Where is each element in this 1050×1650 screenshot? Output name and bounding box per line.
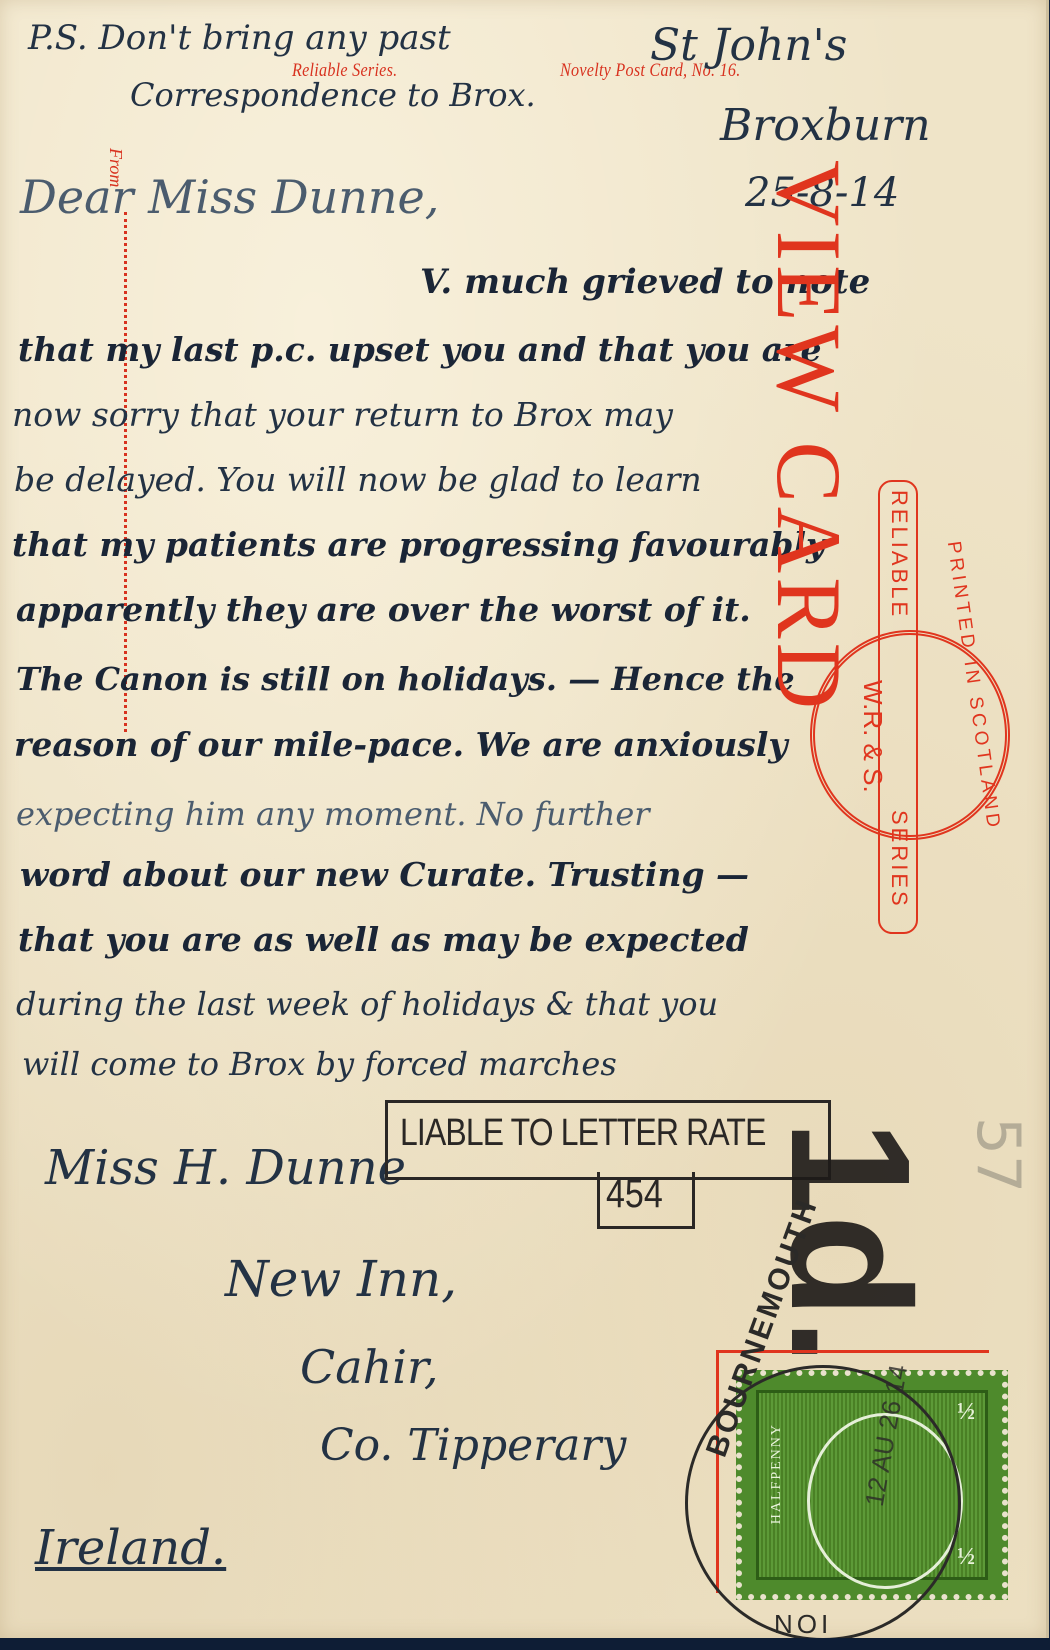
address-line-3: Co. Tipperary <box>320 1420 626 1471</box>
postscript-line-1: P.S. Don't bring any past <box>28 18 451 58</box>
pencil-mark: 57 <box>963 1117 1033 1193</box>
body-line: word about our new Curate. Trusting — <box>20 855 749 894</box>
publisher-emblem: RELIABLE SERIES W.R. & S. PRINTED IN SCO… <box>790 470 1030 940</box>
emblem-ribbon-top: RELIABLE <box>886 490 912 619</box>
postcard-back: Reliable Series. Novelty Post Card, No. … <box>0 0 1049 1642</box>
liable-number: 454 <box>606 1172 663 1217</box>
address-name: Miss H. Dunne <box>45 1140 406 1196</box>
stamp-value-bottom: ½ <box>957 1544 975 1571</box>
salutation: Dear Miss Dunne, <box>20 170 439 224</box>
body-line: be delayed. You will now be glad to lear… <box>14 460 702 499</box>
address-country: Ireland. <box>35 1520 226 1576</box>
body-line: apparently they are over the worst of it… <box>16 590 751 629</box>
sender-place-1: St John's <box>650 20 847 71</box>
body-line: that my patients are progressing favoura… <box>12 525 825 564</box>
address-line-2: Cahir, <box>300 1340 439 1394</box>
scan-background <box>0 1638 1050 1650</box>
emblem-monogram: W.R. & S. <box>860 680 886 793</box>
body-line: expecting him any moment. No further <box>16 795 650 833</box>
body-line: now sorry that your return to Brox may <box>12 395 673 434</box>
body-line: The Canon is still on holidays. — Hence … <box>16 660 795 698</box>
postmark-bottom: ION <box>770 1608 828 1639</box>
sender-place-2: Broxburn <box>720 100 931 151</box>
body-line: reason of our mile-pace. We are anxiousl… <box>14 725 788 764</box>
body-line: will come to Brox by forced marches <box>22 1045 617 1083</box>
body-line: during the last week of holidays & that … <box>16 985 718 1023</box>
body-line: that you are as well as may be expected <box>18 920 749 959</box>
emblem-ribbon-bottom: SERIES <box>886 810 912 909</box>
stamp-value-top: ½ <box>957 1399 975 1426</box>
liable-stamp-text: LIABLE TO LETTER RATE <box>400 1112 766 1155</box>
postscript-line-2: Correspondence to Brox. <box>130 76 536 114</box>
address-line-1: New Inn, <box>225 1250 457 1308</box>
body-line: that my last p.c. upset you and that you… <box>18 330 822 369</box>
